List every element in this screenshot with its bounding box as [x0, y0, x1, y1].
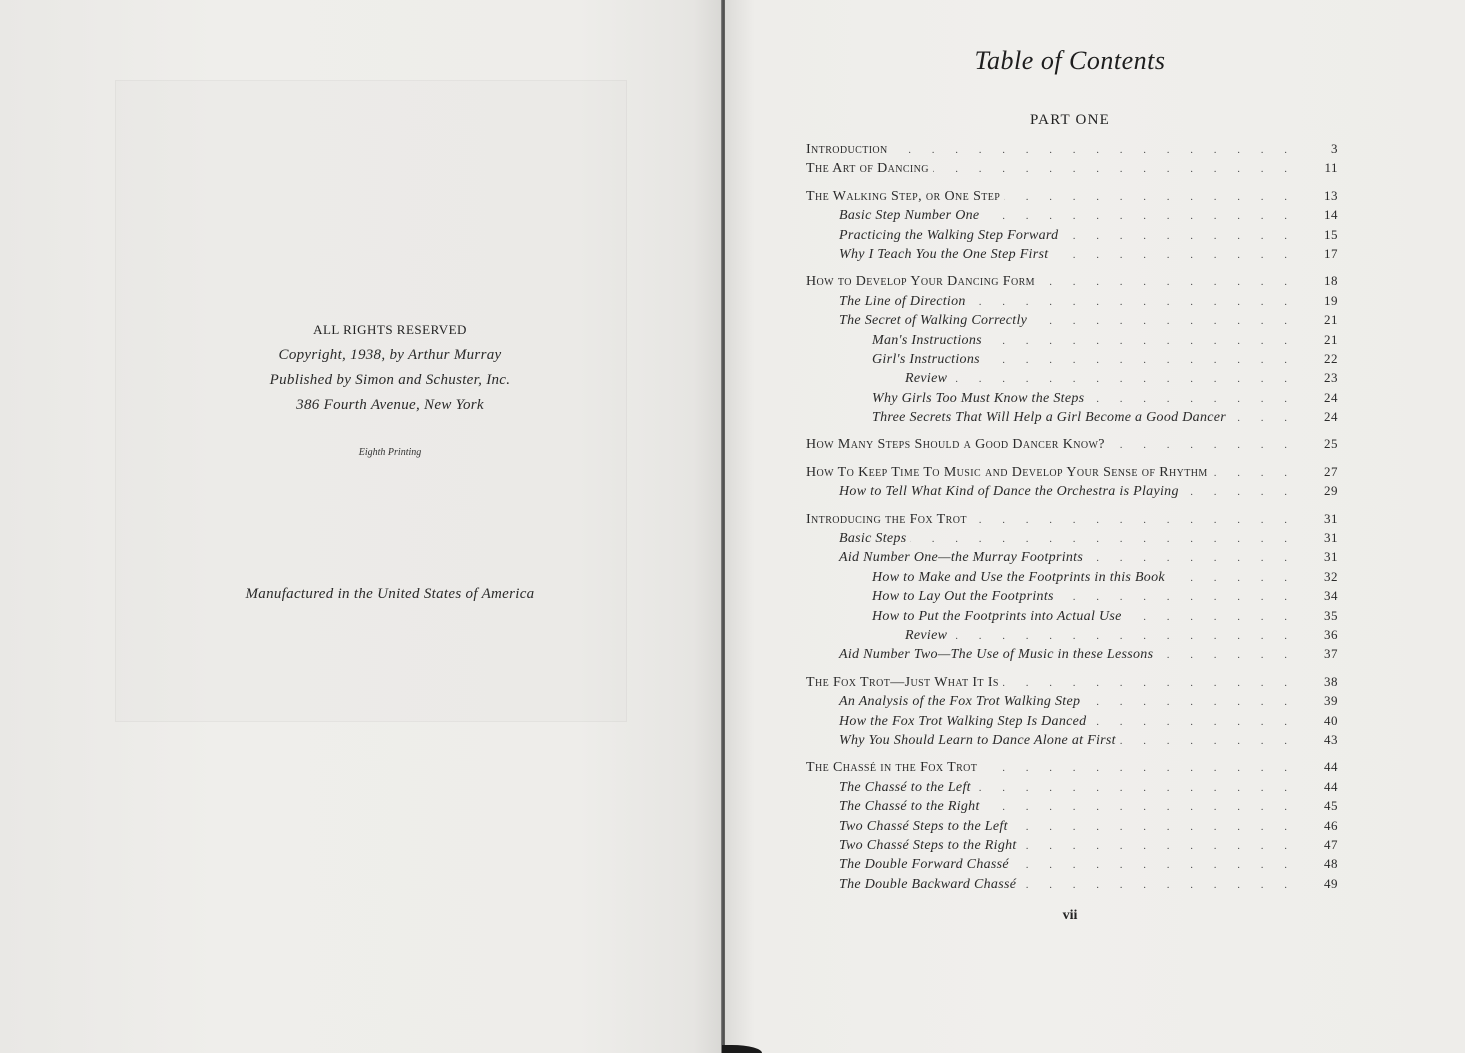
- toc-entry-title: Aid Number One—the Murray Footprints: [806, 548, 1087, 567]
- part-heading: PART ONE: [960, 112, 1180, 129]
- toc-entry[interactable]: Introducing the Fox Trot31: [806, 509, 1338, 528]
- left-page: [0, 0, 722, 1053]
- dot-leader: [981, 759, 1310, 778]
- toc-entry[interactable]: Basic Step Number One14: [806, 205, 1338, 224]
- toc-entry[interactable]: Two Chassé Steps to the Left46: [806, 816, 1338, 835]
- toc-entry-title: The Walking Step, or One Step: [806, 187, 1004, 206]
- toc-page-number: 23: [1310, 368, 1338, 387]
- toc-entry-title: How To Keep Time To Music and Develop Yo…: [806, 463, 1212, 482]
- publisher-line: Published by Simon and Schuster, Inc.: [200, 371, 580, 390]
- page-number-folio: vii: [1040, 908, 1100, 924]
- dot-leader: [1012, 818, 1310, 837]
- toc-entry[interactable]: Two Chassé Steps to the Right47: [806, 835, 1338, 854]
- printing-edition: Eighth Printing: [200, 447, 580, 458]
- toc-page-number: 48: [1310, 854, 1338, 873]
- toc-page-number: 45: [1310, 796, 1338, 815]
- toc-entry-title: The Double Backward Chassé: [806, 875, 1020, 894]
- toc-entry[interactable]: Why I Teach You the One Step First17: [806, 244, 1338, 263]
- toc-page-number: 22: [1310, 349, 1338, 368]
- toc-page-number: 49: [1310, 874, 1338, 893]
- toc-page-number: 3: [1310, 139, 1338, 158]
- toc-page-number: 31: [1310, 528, 1338, 547]
- dot-leader: [951, 627, 1310, 646]
- toc-page-number: 40: [1310, 711, 1338, 730]
- toc-entry[interactable]: How to Lay Out the Footprints34: [806, 586, 1338, 605]
- toc-section: The Chassé in the Fox Trot44The Chassé t…: [806, 757, 1338, 893]
- toc-page-number: 47: [1310, 835, 1338, 854]
- dot-leader: [975, 779, 1310, 798]
- toc-section: The Walking Step, or One Step13Basic Ste…: [806, 186, 1338, 264]
- toc-entry[interactable]: The Double Backward Chassé49: [806, 874, 1338, 893]
- dot-leader: [1126, 608, 1310, 627]
- toc-page-number: 36: [1310, 625, 1338, 644]
- dot-leader: [1058, 588, 1310, 607]
- toc-entry[interactable]: Aid Number One—the Murray Footprints31: [806, 547, 1338, 566]
- toc-entry-title: Two Chassé Steps to the Right: [806, 836, 1021, 855]
- dot-leader: [1084, 693, 1310, 712]
- toc-entry-title: Why I Teach You the One Step First: [806, 245, 1052, 264]
- toc-page-number: 44: [1310, 777, 1338, 796]
- dot-leader: [1062, 227, 1310, 246]
- dot-leader: [1013, 856, 1310, 875]
- dot-leader: [986, 332, 1310, 351]
- dot-leader: [983, 207, 1310, 226]
- dot-leader: [1004, 188, 1310, 207]
- toc-entry[interactable]: The Chassé to the Left44: [806, 777, 1338, 796]
- toc-entry-title: The Art of Dancing: [806, 159, 933, 178]
- toc-entry[interactable]: The Double Forward Chassé48: [806, 854, 1338, 873]
- dot-leader: [1020, 876, 1310, 895]
- toc-entry-title: An Analysis of the Fox Trot Walking Step: [806, 692, 1084, 711]
- toc-page-number: 19: [1310, 291, 1338, 310]
- toc-entry-title: How Many Steps Should a Good Dancer Know…: [806, 435, 1109, 454]
- toc-entry[interactable]: Girl's Instructions22: [806, 349, 1338, 368]
- toc-entry[interactable]: An Analysis of the Fox Trot Walking Step…: [806, 691, 1338, 710]
- toc-entry[interactable]: The Chassé to the Right45: [806, 796, 1338, 815]
- copyright-line: Copyright, 1938, by Arthur Murray: [200, 346, 580, 365]
- dot-leader: [1183, 483, 1310, 502]
- toc-page-number: 14: [1310, 205, 1338, 224]
- toc-entry[interactable]: The Fox Trot—Just What It Is38: [806, 672, 1338, 691]
- toc-entry-title: How to Lay Out the Footprints: [806, 587, 1058, 606]
- toc-page-number: 25: [1310, 434, 1338, 453]
- toc-section: How Many Steps Should a Good Dancer Know…: [806, 434, 1338, 453]
- toc-page-number: 35: [1310, 606, 1338, 625]
- toc-page-number: 15: [1310, 225, 1338, 244]
- toc-page-number: 31: [1310, 547, 1338, 566]
- dot-leader: [1120, 732, 1310, 751]
- toc-entry-title: Introduction: [806, 140, 892, 159]
- toc-entry[interactable]: The Walking Step, or One Step13: [806, 186, 1338, 205]
- toc-page-number: 32: [1310, 567, 1338, 586]
- toc-entry[interactable]: How to Tell What Kind of Dance the Orche…: [806, 481, 1338, 500]
- toc-page-number: 43: [1310, 730, 1338, 749]
- toc-entry-title: Three Secrets That Will Help a Girl Beco…: [806, 408, 1230, 427]
- toc-page-number: 17: [1310, 244, 1338, 263]
- dot-leader: [1087, 549, 1310, 568]
- toc-section: The Fox Trot—Just What It Is38An Analysi…: [806, 672, 1338, 750]
- toc-entry[interactable]: How to Put the Footprints into Actual Us…: [806, 606, 1338, 625]
- dot-leader: [1157, 646, 1310, 665]
- toc-entry-title: The Secret of Walking Correctly: [806, 311, 1031, 330]
- dot-leader: [970, 293, 1310, 312]
- toc-page-number: 13: [1310, 186, 1338, 205]
- dot-leader: [971, 511, 1310, 530]
- toc-entry[interactable]: How the Fox Trot Walking Step Is Danced4…: [806, 711, 1338, 730]
- toc-page-number: 24: [1310, 407, 1338, 426]
- toc-entry-title: Two Chassé Steps to the Left: [806, 817, 1012, 836]
- toc-entry[interactable]: Aid Number Two—The Use of Music in these…: [806, 644, 1338, 663]
- toc-entry-title: The Chassé to the Left: [806, 778, 975, 797]
- toc-entry-title: Basic Steps: [806, 529, 910, 548]
- toc-entry-title: The Chassé in the Fox Trot: [806, 758, 981, 777]
- toc-entry-title: Why You Should Learn to Dance Alone at F…: [806, 731, 1120, 750]
- toc-title: Table of Contents: [960, 46, 1180, 76]
- toc-entry[interactable]: The Art of Dancing11: [806, 158, 1338, 177]
- dot-leader: [892, 141, 1310, 160]
- toc-entry[interactable]: The Chassé in the Fox Trot44: [806, 757, 1338, 776]
- toc-page-number: 44: [1310, 757, 1338, 776]
- manufactured-line: Manufactured in the United States of Ame…: [200, 586, 580, 603]
- dot-leader: [1031, 312, 1310, 331]
- dot-leader: [1088, 390, 1310, 409]
- toc-page-number: 27: [1310, 462, 1338, 481]
- toc-entry[interactable]: Three Secrets That Will Help a Girl Beco…: [806, 407, 1338, 426]
- toc-entry[interactable]: The Secret of Walking Correctly21: [806, 310, 1338, 329]
- toc-entry-title: How to Develop Your Dancing Form: [806, 272, 1039, 291]
- toc-entry-title: Introducing the Fox Trot: [806, 510, 971, 529]
- rights-reserved: ALL RIGHTS RESERVED: [200, 322, 580, 338]
- dot-leader: [1169, 569, 1310, 588]
- toc-entry[interactable]: Review23: [806, 368, 1338, 387]
- toc-entry[interactable]: How To Keep Time To Music and Develop Yo…: [806, 462, 1338, 481]
- copyright-block: ALL RIGHTS RESERVED Copyright, 1938, by …: [200, 322, 580, 458]
- toc-entry-title: Girl's Instructions: [806, 350, 984, 369]
- toc-entry-title: Aid Number Two—The Use of Music in these…: [806, 645, 1157, 664]
- toc-entry[interactable]: Practicing the Walking Step Forward15: [806, 225, 1338, 244]
- toc-entry[interactable]: How to Develop Your Dancing Form18: [806, 271, 1338, 290]
- toc-page-number: 38: [1310, 672, 1338, 691]
- toc-entry-title: The Fox Trot—Just What It Is: [806, 673, 1003, 692]
- book-spread: ALL RIGHTS RESERVED Copyright, 1938, by …: [0, 0, 1465, 1053]
- toc-entry-title: The Double Forward Chassé: [806, 855, 1013, 874]
- toc-entry-title: Practicing the Walking Step Forward: [806, 226, 1062, 245]
- dot-leader: [1039, 273, 1310, 292]
- toc-entry[interactable]: Introduction3: [806, 139, 1338, 158]
- toc-entry[interactable]: How Many Steps Should a Good Dancer Know…: [806, 434, 1338, 453]
- toc-entry[interactable]: How to Make and Use the Footprints in th…: [806, 567, 1338, 586]
- toc-entry[interactable]: The Line of Direction19: [806, 291, 1338, 310]
- dot-leader: [933, 160, 1310, 179]
- toc-section: How To Keep Time To Music and Develop Yo…: [806, 462, 1338, 501]
- dot-leader: [1212, 464, 1310, 483]
- toc-entry[interactable]: Man's Instructions21: [806, 330, 1338, 349]
- dot-leader: [1230, 409, 1310, 428]
- dot-leader: [910, 530, 1310, 549]
- toc-entry[interactable]: Review36: [806, 625, 1338, 644]
- dot-leader: [984, 351, 1310, 370]
- toc-page-number: 29: [1310, 481, 1338, 500]
- toc-section: Introduction3The Art of Dancing11: [806, 139, 1338, 178]
- toc-entry-title: How to Put the Footprints into Actual Us…: [806, 607, 1126, 626]
- toc-entry-title: How to Make and Use the Footprints in th…: [806, 568, 1169, 587]
- toc-entry-title: How the Fox Trot Walking Step Is Danced: [806, 712, 1090, 731]
- dot-leader: [1021, 837, 1310, 856]
- toc-entry-title: Why Girls Too Must Know the Steps: [806, 389, 1088, 408]
- dot-leader: [951, 370, 1310, 389]
- table-of-contents: Introduction3The Art of Dancing11The Wal…: [806, 139, 1338, 901]
- toc-entry-title: How to Tell What Kind of Dance the Orche…: [806, 482, 1183, 501]
- toc-section: How to Develop Your Dancing Form18The Li…: [806, 271, 1338, 426]
- toc-page-number: 21: [1310, 310, 1338, 329]
- toc-entry-title: Review: [806, 626, 951, 645]
- toc-page-number: 37: [1310, 644, 1338, 663]
- toc-entry[interactable]: Why Girls Too Must Know the Steps24: [806, 388, 1338, 407]
- toc-entry-title: Basic Step Number One: [806, 206, 983, 225]
- toc-entry-title: Man's Instructions: [806, 331, 986, 350]
- dot-leader: [1003, 674, 1310, 693]
- toc-entry[interactable]: Why You Should Learn to Dance Alone at F…: [806, 730, 1338, 749]
- toc-entry-title: Review: [806, 369, 951, 388]
- address-line: 386 Fourth Avenue, New York: [200, 396, 580, 415]
- toc-page-number: 11: [1310, 158, 1338, 177]
- toc-page-number: 18: [1310, 271, 1338, 290]
- toc-page-number: 31: [1310, 509, 1338, 528]
- dot-leader: [1090, 713, 1310, 732]
- toc-page-number: 21: [1310, 330, 1338, 349]
- toc-page-number: 46: [1310, 816, 1338, 835]
- dot-leader: [1052, 246, 1310, 265]
- toc-page-number: 24: [1310, 388, 1338, 407]
- toc-entry-title: The Line of Direction: [806, 292, 970, 311]
- toc-section: Introducing the Fox Trot31Basic Steps31A…: [806, 509, 1338, 664]
- toc-entry-title: The Chassé to the Right: [806, 797, 984, 816]
- dot-leader: [1109, 436, 1310, 455]
- toc-page-number: 39: [1310, 691, 1338, 710]
- toc-entry[interactable]: Basic Steps31: [806, 528, 1338, 547]
- dot-leader: [984, 798, 1310, 817]
- toc-page-number: 34: [1310, 586, 1338, 605]
